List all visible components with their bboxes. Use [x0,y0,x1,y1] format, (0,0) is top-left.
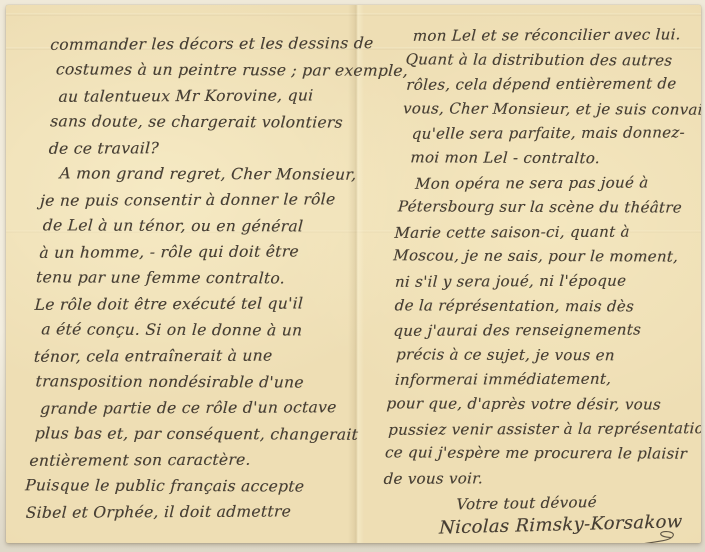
letter-line: entièrement son caractère. [26,446,347,474]
scanned-letter: commander les décors et les dessins de c… [0,0,705,552]
letter-line: pussiez venir assister à la représentati… [384,416,701,442]
letter-line: de la réprésentation, mais dès [390,293,701,319]
letter-line: vous, Cher Monsieur, et je suis convainc… [400,96,701,122]
letter-line: commander les décors et les dessins de [48,30,369,58]
letter-line: grande partie de ce rôle d'un octave [29,394,350,422]
letter-page-left: commander les décors et les dessins de c… [23,31,369,525]
letter-paper: commander les décors et les dessins de c… [6,5,701,543]
letter-line: ni s'il y sera joué, ni l'époque [391,268,701,294]
letter-line: pour que, d'après votre désir, vous [385,391,701,417]
letter-line: de Lel à un ténor, ou en général [38,212,359,239]
letter-line: je ne puis consentir à donner le rôle [39,186,360,214]
letter-line: mon Lel et se réconcilier avec lui. [404,22,701,48]
letter-line: précis à ce sujet, je vous en [387,342,701,368]
letter-line: tenu par une femme contralto. [35,264,356,291]
letter-line: Pétersbourg sur la scène du théâtre [395,194,701,220]
letter-line: Puisque le public français accepte [24,472,345,499]
letter-line: Marie cette saison-ci, quant à [394,219,701,245]
letter-line: au talentueux Mr Korovine, qui [45,82,366,110]
letter-page-right: mon Lel et se réconcilier avec lui. Quan… [378,23,701,538]
letter-line: Le rôle doit être exécuté tel qu'il [34,290,355,318]
letter-line: Sibel et Orphée, il doit admettre [23,498,344,526]
letter-line: Quant à la distribution des autres [403,47,701,73]
letter-line: sans doute, se chargerait volontiers [43,108,364,135]
letter-line: à un homme, - rôle qui doit être [37,238,358,266]
letter-line: de vous voir. [381,465,698,491]
letter-line: moi mon Lel - contralto. [398,145,701,171]
letter-line: a été conçu. Si on le donne à un [33,316,354,343]
letter-line: que j'aurai des renseignements [389,317,701,343]
letter-line: ce qui j'espère me procurera le plaisir [382,440,699,466]
letter-line: Mon opéra ne sera pas joué à [397,170,701,196]
signature-name: Nicolas Rimsky-Korsakow [439,511,683,538]
letter-line: transposition nondésirable d'une [30,368,351,395]
letter-line: Moscou, je ne sais, pour le moment, [393,244,701,270]
letter-line: informerai immédiatement, [386,366,701,392]
letter-line: A mon grand regret, Cher Monsieur, [41,160,362,187]
letter-line: rôles, cela dépend entièrement de [402,71,701,97]
letter-line: costumes à un peintre russe ; par exempl… [46,56,367,83]
letter-line: ténor, cela entraînerait à une [31,342,352,370]
letter-line: qu'elle sera parfaite, mais donnez- [399,121,701,147]
letter-line: de ce travail? [42,134,363,162]
letter-line: plus bas et, par conséquent, changerait [27,420,348,447]
